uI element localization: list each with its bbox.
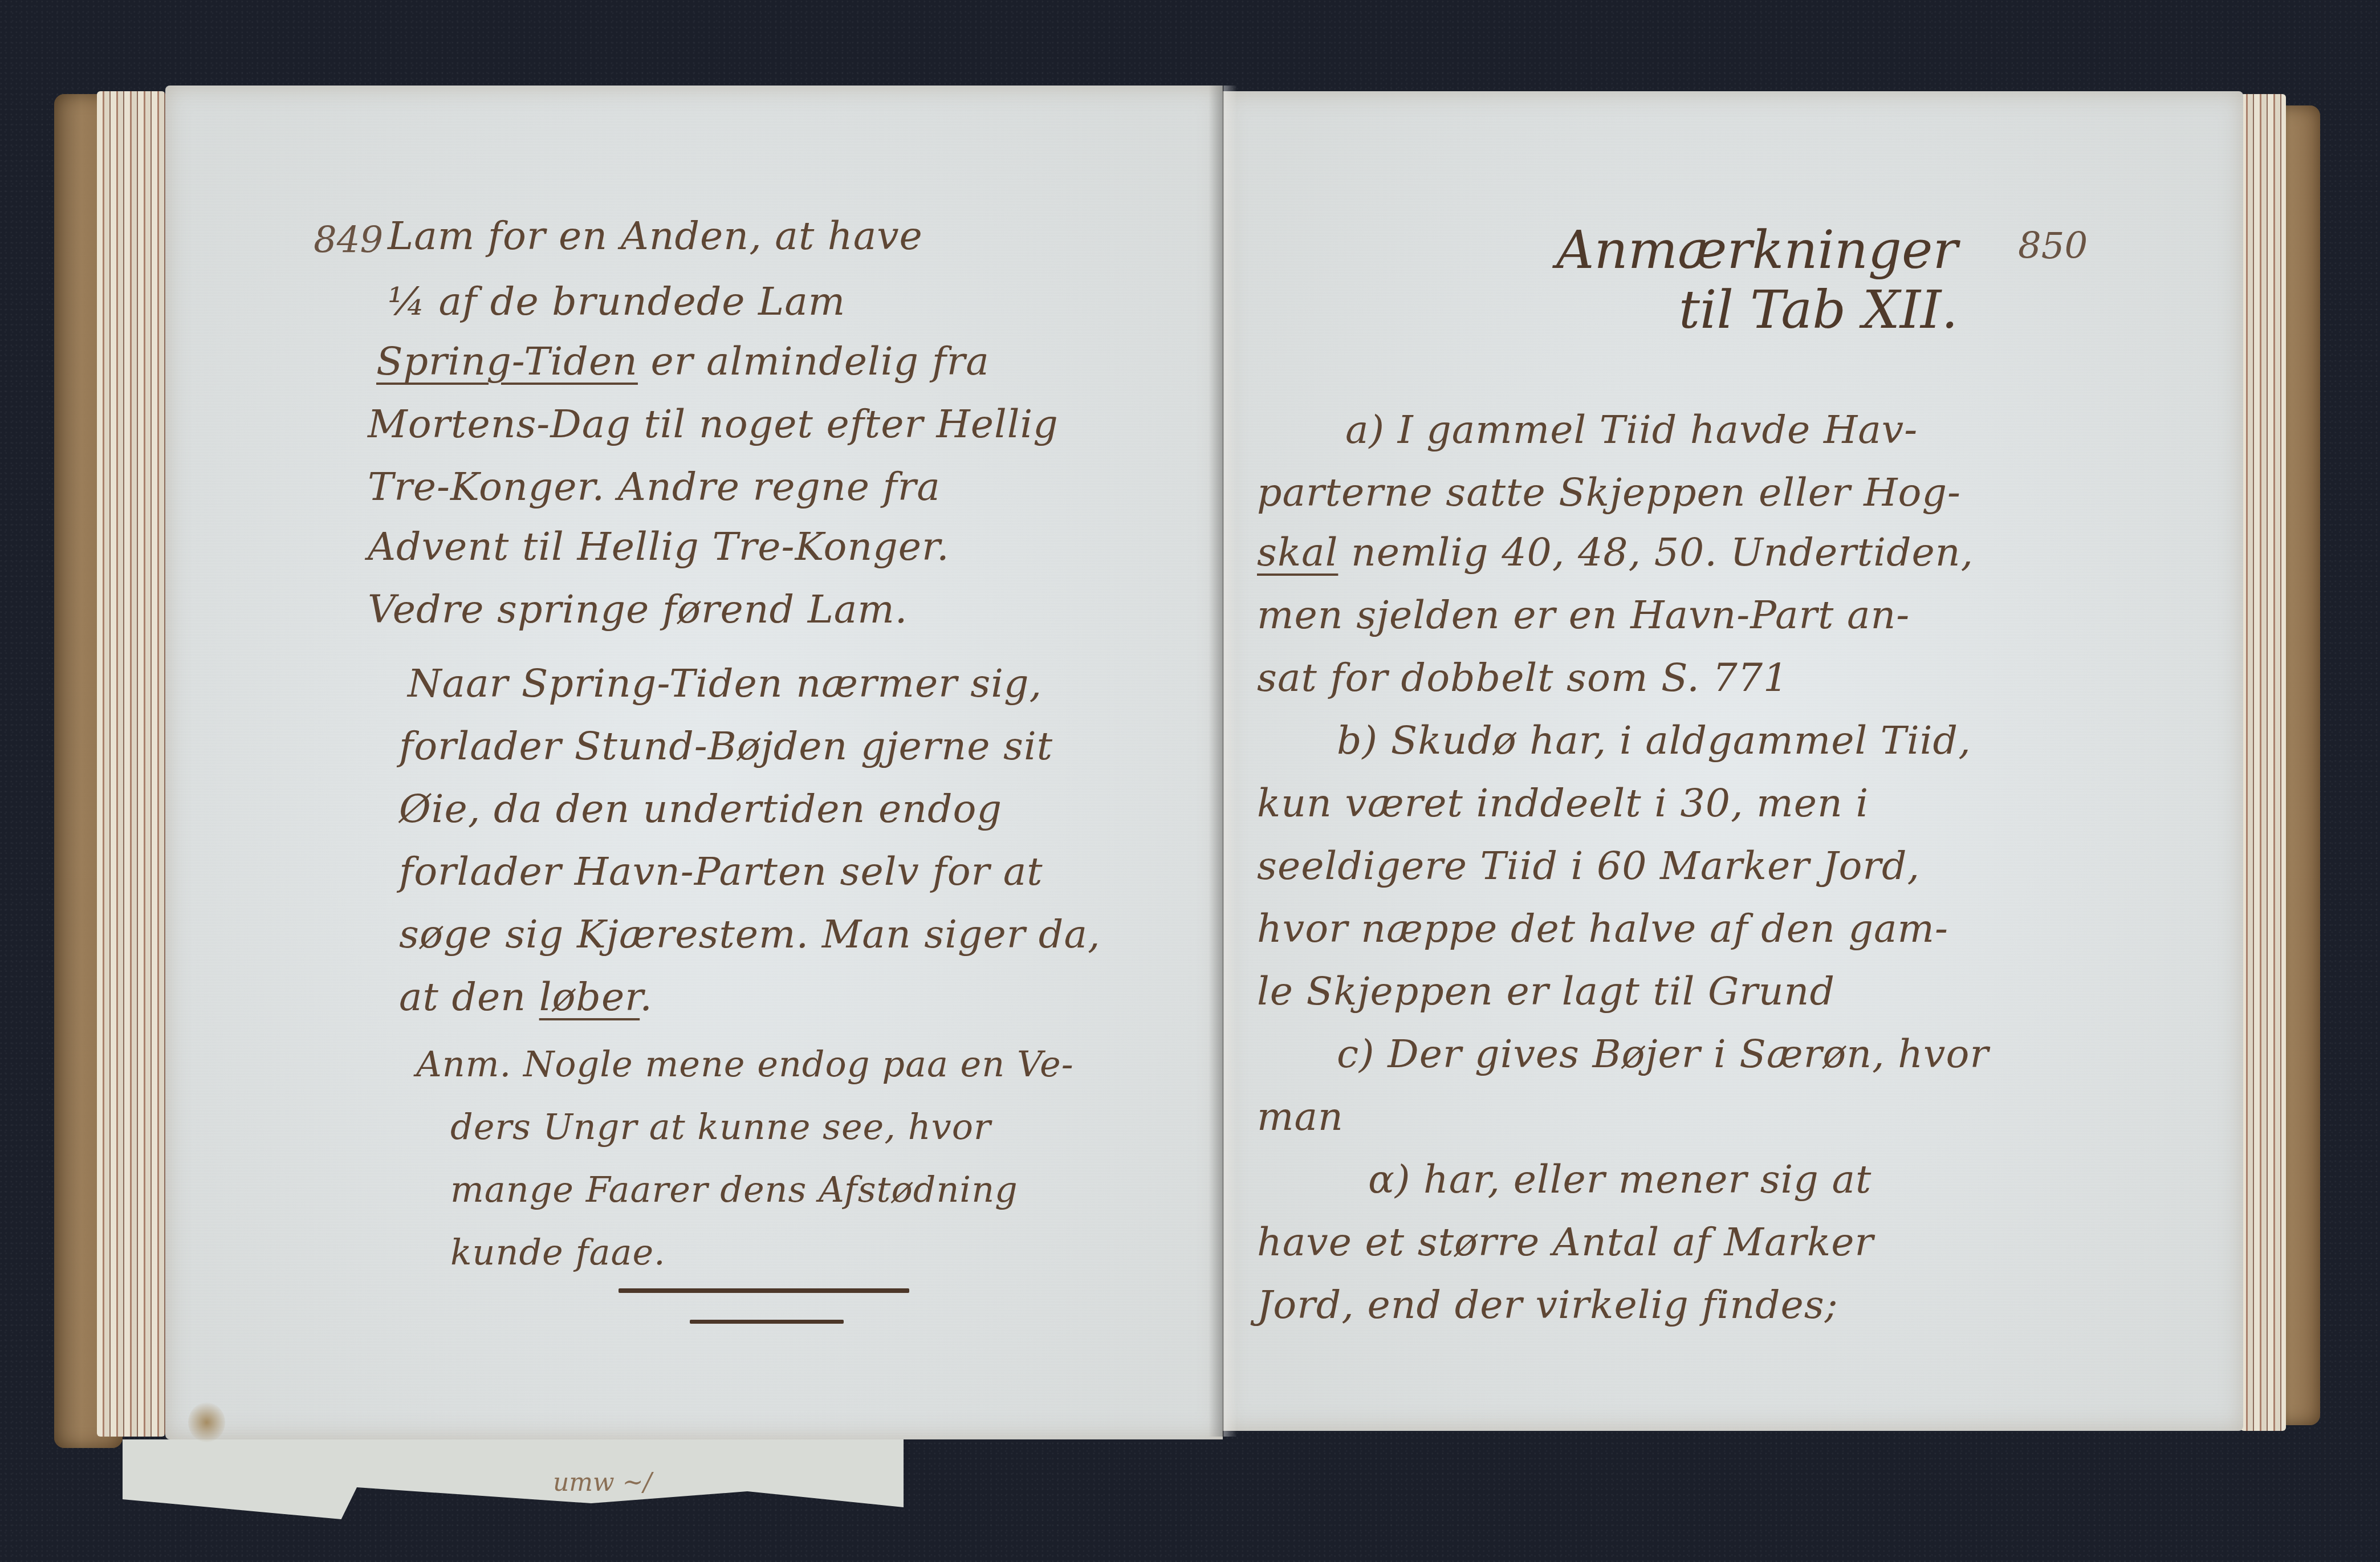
text-line: Advent til Hellig Tre-Konger. [368, 524, 950, 570]
note-line: ders Ungr at kunne see, hvor [450, 1106, 991, 1148]
text-line: Jord, end der virkelig findes; [1257, 1283, 1838, 1328]
text-line: b) Skudø har, i aldgammel Tiid, [1337, 718, 1971, 763]
text-line: hvor næppe det halve af den gam- [1257, 906, 1948, 951]
text-line: ¼ af de brundede Lam [388, 279, 845, 324]
note-line: Anm. Nogle mene endog paa en Ve- [416, 1043, 1074, 1085]
text-line: parterne satte Skjeppen eller Hog- [1257, 470, 1961, 515]
underlined-term: løber [539, 975, 640, 1020]
text-line: seeldigere Tiid i 60 Marker Jord, [1257, 844, 1920, 889]
text-line: α) har, eller mener sig at [1368, 1157, 1872, 1202]
text-line: sat for dobbelt som S. 771 [1257, 656, 1788, 701]
right-page-edges [2240, 94, 2286, 1431]
left-page: 849 Lam for en Anden, at have ¼ af de br… [165, 86, 1223, 1439]
right-page: Anmærkninger til Tab XII. 850 a) I gamme… [1223, 91, 2243, 1431]
text-line: man [1257, 1095, 1344, 1140]
page-number-right: 850 [2018, 225, 2088, 267]
text-fragment: er almindelig fra [638, 339, 990, 384]
text-line: Øie, da den undertiden endog [399, 787, 1002, 832]
text-line: søge sig Kjærestem. Man siger da, [399, 912, 1101, 957]
text-line: le Skjeppen er lagt til Grund [1257, 969, 1835, 1014]
heading-anmaerkninger: Anmærkninger [1556, 219, 1958, 280]
text-line: kun været inddeelt i 30, men i [1257, 781, 1869, 826]
text-fragment: nemlig 40, 48, 50. Undertiden, [1338, 530, 1974, 575]
text-line: a) I gammel Tiid havde Hav- [1345, 408, 1918, 453]
paper-slip [123, 1439, 904, 1519]
text-line: men sjelden er en Havn-Part an- [1257, 593, 1910, 638]
text-line: Mortens-Dag til noget efter Hellig [368, 402, 1059, 447]
text-fragment: at den [399, 975, 539, 1020]
book-gutter [1209, 86, 1237, 1437]
note-line: kunde faae. [450, 1231, 666, 1273]
left-page-edges [97, 91, 165, 1437]
underlined-term: skal [1257, 530, 1338, 575]
text-fragment: . [640, 975, 653, 1020]
slip-scribble: umw ~/ [553, 1468, 652, 1497]
page-number-left: 849 [314, 219, 383, 262]
text-line: forlader Stund-Bøjden gjerne sit [399, 724, 1053, 769]
foxing-stain [188, 1402, 225, 1442]
text-line: Spring-Tiden er almindelig fra [376, 339, 990, 384]
text-line: Vedre springe førend Lam. [368, 587, 908, 632]
text-line: Naar Spring-Tiden nærmer sig, [408, 661, 1042, 706]
open-manuscript-book: umw ~/ 849 Lam for en Anden, at have ¼ a… [0, 0, 2380, 1562]
text-line: have et større Antal af Marker [1257, 1220, 1874, 1265]
text-line: Tre-Konger. Andre regne fra [368, 465, 941, 510]
closing-rule-short [690, 1320, 844, 1324]
heading-til-tab: til Tab XII. [1679, 279, 1958, 340]
text-line: at den løber. [399, 975, 653, 1020]
text-line: c) Der gives Bøjer i Særøn, hvor [1337, 1032, 1989, 1077]
text-line: forlader Havn-Parten selv for at [399, 849, 1043, 894]
underlined-term: Spring-Tiden [376, 339, 638, 384]
note-line: mange Faarer dens Afstødning [450, 1169, 1018, 1210]
closing-rule-long [619, 1288, 909, 1293]
text-line: skal nemlig 40, 48, 50. Undertiden, [1257, 530, 1974, 575]
text-line: Lam for en Anden, at have [388, 214, 923, 259]
